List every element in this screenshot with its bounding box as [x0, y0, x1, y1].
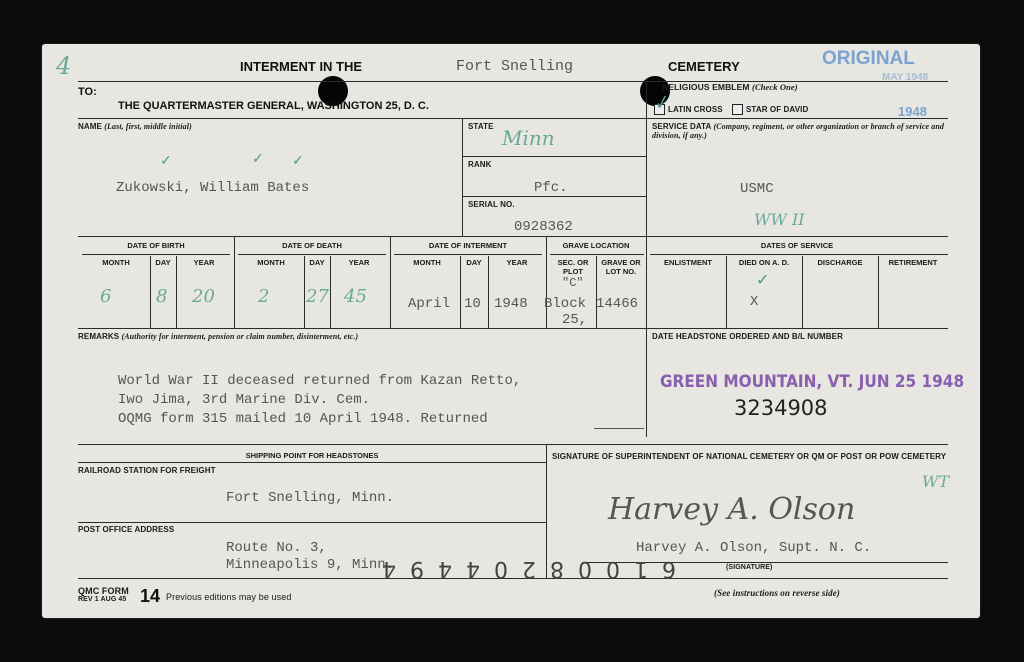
birth-month-value: 6: [100, 286, 111, 307]
headstone-stamp: GREEN MOUNTAIN, VT. JUN 25 1948: [660, 372, 964, 392]
name-value: Zukowski, William Bates: [116, 180, 309, 196]
dates-of-service-label: DATES OF SERVICE: [646, 241, 948, 250]
signature-caption: (SIGNATURE): [726, 564, 772, 571]
typed-signature: Harvey A. Olson, Supt. N. C.: [636, 540, 871, 556]
remarks-label: REMARKS: [78, 332, 119, 341]
previous-editions-note: Previous editions may be used: [166, 592, 291, 602]
form-revision: REV 1 AUG 45: [78, 596, 126, 603]
death-year-header: YEAR: [330, 258, 388, 267]
name-label: NAME: [78, 122, 102, 131]
interment-month-header: MONTH: [394, 258, 460, 267]
death-month-header: MONTH: [238, 258, 304, 267]
shipping-point-label: SHIPPING POINT FOR HEADSTONES: [78, 451, 546, 460]
birth-day-value: 8: [156, 286, 167, 307]
enlistment-header: ENLISTMENT: [650, 258, 726, 267]
service-data-label: SERVICE DATA: [652, 122, 711, 131]
remarks-hint: (Authority for interment, pension or cla…: [121, 332, 358, 341]
interment-record-card: 4 INTERMENT IN THE Fort Snelling CEMETER…: [42, 44, 980, 618]
birth-month-header: MONTH: [82, 258, 150, 267]
birth-year-header: YEAR: [176, 258, 232, 267]
service-war: WW II: [754, 210, 805, 229]
cemetery-name: Fort Snelling: [456, 58, 573, 75]
death-month-value: 2: [258, 286, 269, 307]
interment-month-value: April: [408, 296, 450, 312]
grave-section-value: Block: [544, 296, 586, 312]
remarks-line-2: Iwo Jima, 3rd Marine Div. Cem.: [118, 392, 370, 408]
death-year-value: 45: [344, 286, 367, 307]
grave-section-value-2: 25,: [562, 312, 587, 328]
star-of-david-checkbox[interactable]: [732, 104, 743, 115]
rank-value: Pfc.: [534, 180, 568, 196]
check-mark: ✓: [160, 152, 172, 169]
title-right: CEMETERY: [668, 59, 740, 74]
service-branch: USMC: [740, 181, 774, 197]
discharge-header: DISCHARGE: [802, 258, 878, 267]
death-day-value: 27: [306, 286, 329, 307]
retirement-header: RETIREMENT: [878, 258, 948, 267]
birth-year-value: 20: [192, 286, 215, 307]
grave-location-label: GRAVE LOCATION: [546, 241, 646, 250]
title-left: INTERMENT IN THE: [240, 59, 362, 74]
serial-value: 0928362: [514, 219, 573, 235]
date-of-interment-label: DATE OF INTERMENT: [390, 241, 546, 250]
grave-section-header: SEC. OR PLOT: [550, 258, 596, 276]
to-label: TO:: [78, 86, 97, 98]
religious-emblem-hint: (Check One): [752, 82, 798, 92]
grave-lot-value: 14466: [596, 296, 638, 312]
birth-day-header: DAY: [150, 258, 176, 267]
page-mark: 4: [56, 52, 71, 80]
grave-lot-header: GRAVE OR LOT NO.: [596, 258, 646, 276]
state-label: STATE: [468, 122, 494, 131]
signature-label: SIGNATURE OF SUPERINTENDENT OF NATIONAL …: [552, 452, 952, 462]
interment-day-header: DAY: [460, 258, 488, 267]
post-office-line-1: Route No. 3,: [226, 540, 327, 556]
interment-year-value: 1948: [494, 296, 528, 312]
handwritten-signature: Harvey A. Olson: [608, 492, 855, 527]
railroad-station-value: Fort Snelling, Minn.: [226, 490, 394, 506]
rank-label: RANK: [468, 160, 492, 169]
check-mark: ✓: [756, 270, 769, 290]
remarks-line-3: OQMG form 315 mailed 10 April 1948. Retu…: [118, 411, 488, 427]
headstone-ordered-label: DATE HEADSTONE ORDERED AND B/L NUMBER: [652, 332, 843, 341]
railroad-station-label: RAILROAD STATION FOR FREIGHT: [78, 466, 216, 475]
form-name: QMC FORM: [78, 586, 129, 596]
interment-day-value: 10: [464, 296, 481, 312]
addressee: THE QUARTERMASTER GENERAL, WASHINGTON 25…: [118, 100, 429, 112]
died-on-ad-mark: X: [750, 294, 758, 310]
received-year-stamp: 1948: [898, 104, 927, 119]
interment-year-header: YEAR: [488, 258, 546, 267]
post-office-label: POST OFFICE ADDRESS: [78, 525, 174, 534]
check-mark: ✓: [252, 150, 264, 167]
signature-initials: WT: [922, 472, 949, 491]
state-value: Minn: [502, 126, 555, 150]
grave-section-quote: "C": [562, 276, 584, 290]
original-stamp: ORIGINAL: [822, 48, 915, 70]
name-label-hint: (Last, first, middle initial): [104, 122, 192, 131]
check-mark: ✓: [292, 152, 304, 169]
latin-cross-label: LATIN CROSS: [668, 105, 723, 114]
death-day-header: DAY: [304, 258, 330, 267]
died-on-ad-header: DIED ON A. D.: [726, 258, 802, 267]
instructions-note: (See instructions on reverse side): [714, 588, 840, 598]
religious-emblem-label: RELIGIOUS EMBLEM: [662, 82, 750, 92]
form-number: 14: [140, 586, 160, 607]
date-of-death-label: DATE OF DEATH: [234, 241, 390, 250]
remarks-line-1: World War II deceased returned from Kaza…: [118, 373, 521, 389]
star-of-david-label: STAR OF DAVID: [746, 105, 808, 114]
stamped-serial-number: 61008204494: [368, 556, 676, 581]
bl-number: 3234908: [734, 396, 828, 420]
date-of-birth-label: DATE OF BIRTH: [78, 241, 234, 250]
serial-label: SERIAL NO.: [468, 200, 515, 209]
